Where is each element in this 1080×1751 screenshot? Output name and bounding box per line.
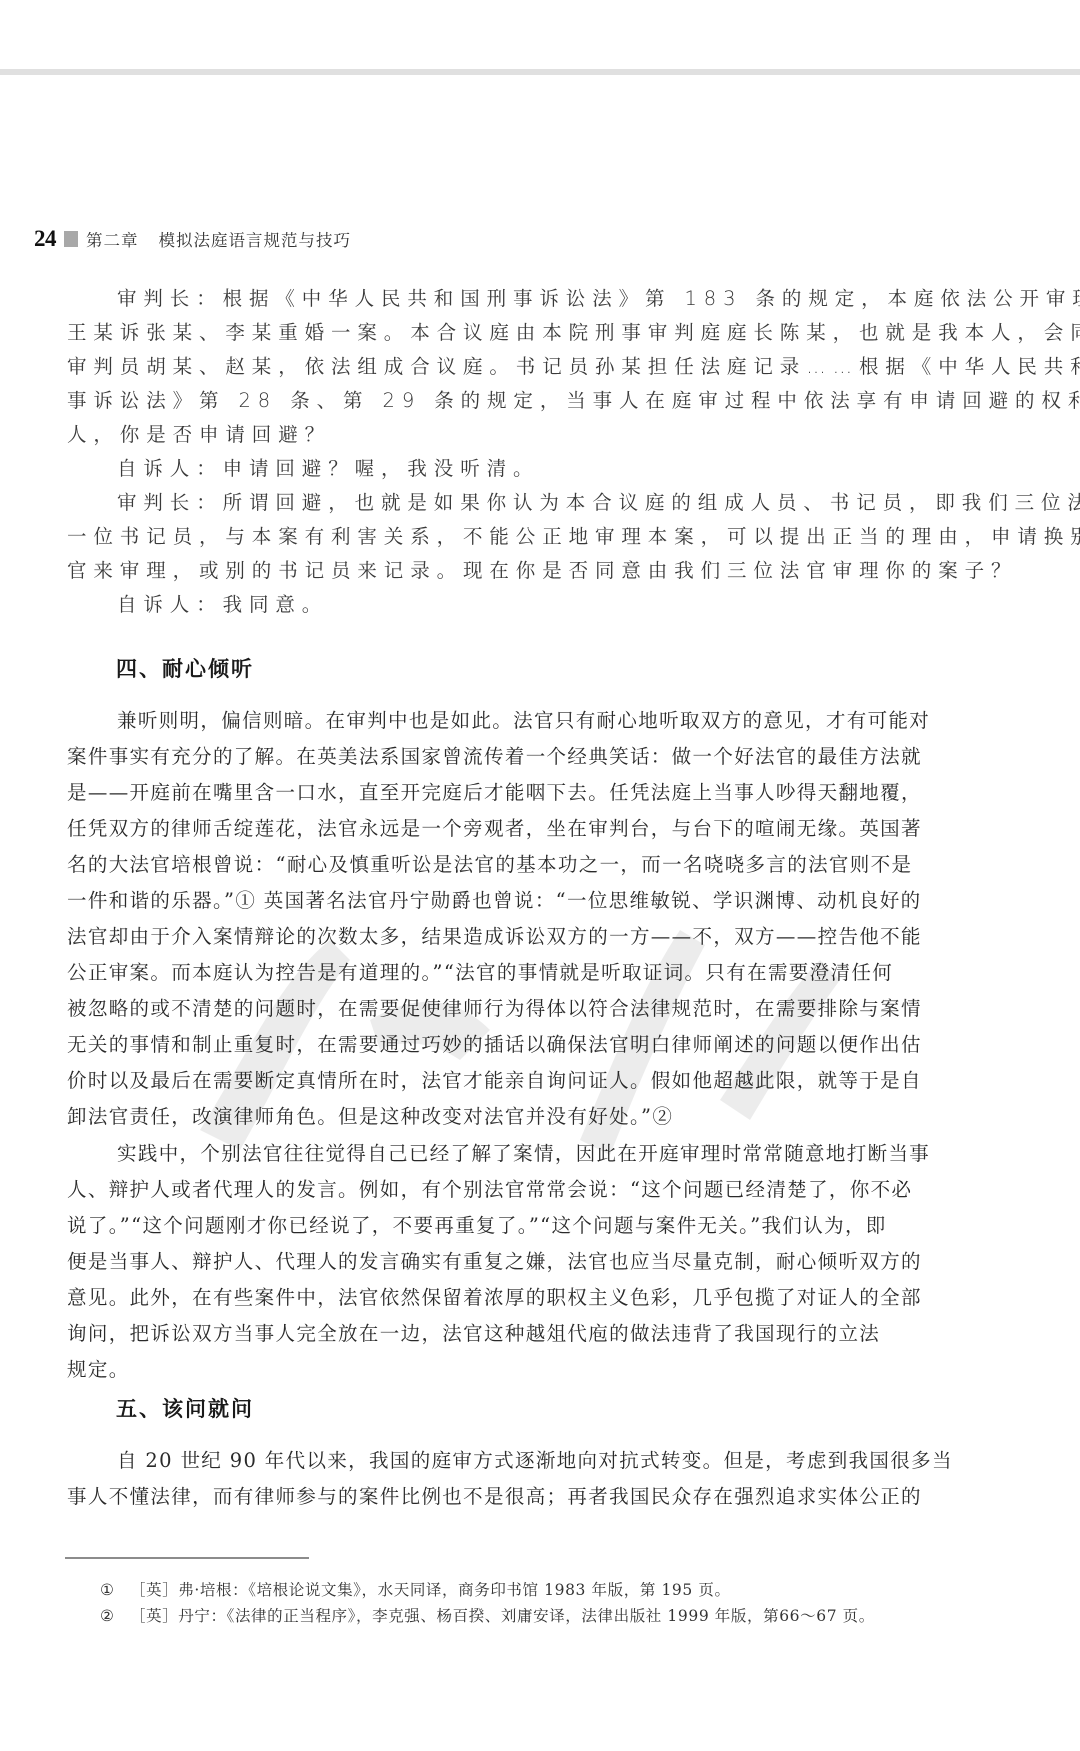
- dialogue-line: 王某诉张某、李某重婚一案。本合议庭由本院刑事审判庭庭长陈某，也就是我本人，会同本…: [67, 318, 1080, 350]
- footnote-text: ［英］弗·培根：《培根论说文集》，水天同译，商务印书馆 1983 年版，第 19…: [130, 1581, 731, 1599]
- dialogue-line: 事诉讼法》第 28 条、第 29 条的规定，当事人在庭审过程中依法享有申请回避的…: [67, 386, 1080, 418]
- text-line: 便是当事人、辩护人、代理人的发言确实有重复之嫌，法官也应当尽量克制，耐心倾听双方…: [67, 1247, 922, 1279]
- dialogue-line: 官来审理，或别的书记员来记录。现在你是否同意由我们三位法官审理你的案子？: [67, 556, 1017, 588]
- footnote-mark: ②: [100, 1607, 130, 1625]
- text-line: 任凭双方的律师舌绽莲花，法官永远是一个旁观者，坐在审判台，与台下的喧闹无缘。英国…: [67, 814, 922, 846]
- text-line: 公正审案。而本庭认为控告是有道理的。”“法官的事情就是听取证词。只有在需要澄清任…: [67, 958, 893, 990]
- text-line: 实践中，个别法官往往觉得自己已经了解了案情，因此在开庭审理时常常随意地打断当事: [117, 1139, 930, 1171]
- chapter-label: 第二章: [86, 227, 139, 251]
- text-line: 兼听则明，偏信则暗。在审判中也是如此。法官只有耐心地听取双方的意见，才有可能对: [117, 706, 930, 738]
- text-line: 规定。: [67, 1355, 130, 1387]
- footnote-mark: ①: [100, 1581, 130, 1599]
- footnote-2: ②［英］丹宁：《法律的正当程序》，李克强、杨百揆、刘庸安译，法律出版社 1999…: [100, 1604, 875, 1626]
- section-heading-4: 四、耐心倾听: [116, 653, 254, 683]
- footnote-divider: [65, 1557, 309, 1559]
- footnote-text: ［英］丹宁：《法律的正当程序》，李克强、杨百揆、刘庸安译，法律出版社 1999 …: [130, 1607, 875, 1625]
- dialogue-line: 一位书记员，与本案有利害关系，不能公正地审理本案，可以提出正当的理由，申请换别的…: [67, 522, 1080, 554]
- dialogue-line: 自诉人：我同意。: [117, 590, 328, 622]
- text-line: 人、辩护人或者代理人的发言。例如，有个别法官常常会说：“这个问题已经清楚了，你不…: [67, 1175, 912, 1207]
- running-head: 24 第二章 模拟法庭语言规范与技巧: [34, 224, 351, 254]
- text-line: 自 20 世纪 90 年代以来，我国的庭审方式逐渐地向对抗式转变。但是，考虑到我…: [117, 1446, 953, 1478]
- dialogue-line: 审判员胡某、赵某，依法组成合议庭。书记员孙某担任法庭记录……根据《中华人民共和国…: [67, 352, 1080, 384]
- text-line: 询问，把诉讼双方当事人完全放在一边，法官这种越俎代庖的做法违背了我国现行的立法: [67, 1319, 880, 1351]
- text-line: 卸法官责任，改演律师角色。但是这种改变对法官并没有好处。”②: [67, 1102, 673, 1134]
- text-line: 意见。此外，在有些案件中，法官依然保留着浓厚的职权主义色彩，几乎包揽了对证人的全…: [67, 1283, 922, 1315]
- text-line: 事人不懂法律，而有律师参与的案件比例也不是很高；再者我国民众存在强烈追求实体公正…: [67, 1482, 922, 1514]
- text-line: 一件和谐的乐器。”① 英国著名法官丹宁勋爵也曾说：“一位思维敏锐、学识渊博、动机…: [67, 886, 921, 918]
- dialogue-line: 审判长：所谓回避，也就是如果你认为本合议庭的组成人员、书记员，即我们三位法官和: [117, 488, 1080, 520]
- page-number: 24: [34, 226, 56, 252]
- footnote-1: ①［英］弗·培根：《培根论说文集》，水天同译，商务印书馆 1983 年版，第 1…: [100, 1578, 731, 1600]
- text-line: 说了。”“这个问题刚才你已经说了，不要再重复了。”“这个问题与案件无关。”我们认…: [67, 1211, 887, 1243]
- book-page: 24 第二章 模拟法庭语言规范与技巧 审判长：根据《中华人民共和国刑事诉讼法》第…: [0, 0, 1080, 1751]
- text-line: 价时以及最后在需要断定真情所在时，法官才能亲自询问证人。假如他超越此限，就等于是…: [67, 1066, 922, 1098]
- square-ornament-icon: [64, 231, 78, 247]
- text-line: 名的大法官培根曾说：“耐心及慎重听讼是法官的基本功之一，而一名哓哓多言的法官则不…: [67, 850, 912, 882]
- text-line: 被忽略的或不清楚的问题时，在需要促使律师行为得体以符合法律规范时，在需要排除与案…: [67, 994, 922, 1026]
- dialogue-line: 人，你是否申请回避？: [67, 420, 331, 452]
- dialogue-line: 自诉人：申请回避？喔，我没听清。: [117, 454, 539, 486]
- text-line: 无关的事情和制止重复时，在需要通过巧妙的插话以确保法官明白律师阐述的问题以便作出…: [67, 1030, 922, 1062]
- dialogue-line: 审判长：根据《中华人民共和国刑事诉讼法》第 183 条的规定，本庭依法公开审理自…: [117, 284, 1080, 316]
- text-line: 是——开庭前在嘴里含一口水，直至开完庭后才能咽下去。任凭法庭上当事人吵得天翻地覆…: [67, 778, 922, 810]
- text-line: 案件事实有充分的了解。在英美法系国家曾流传着一个经典笑话：做一个好法官的最佳方法…: [67, 742, 922, 774]
- chapter-title: 模拟法庭语言规范与技巧: [159, 227, 352, 251]
- text-line: 法官却由于介入案情辩论的次数太多，结果造成诉讼双方的一方——不，双方——控告他不…: [67, 922, 922, 954]
- section-heading-5: 五、该问就问: [116, 1393, 254, 1423]
